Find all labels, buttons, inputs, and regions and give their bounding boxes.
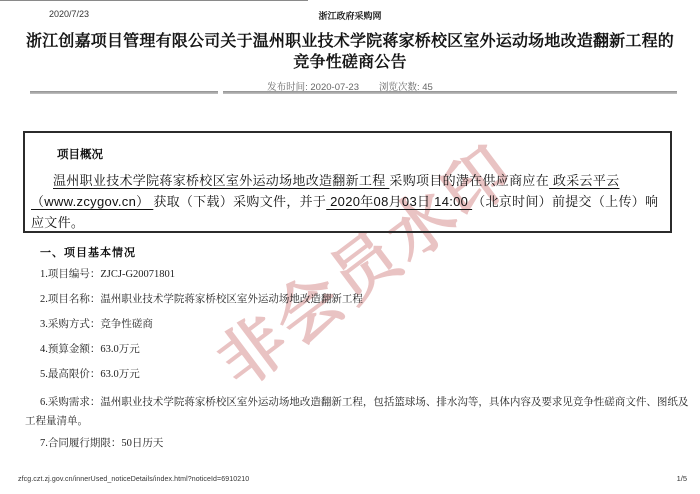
overview-heading: 项目概况	[57, 146, 664, 162]
platform-name-underlined: 政采云平云	[549, 173, 619, 188]
divider-left-segment	[30, 91, 218, 94]
project-overview-box: 项目概况 温州职业技术学院蒋家桥校区室外运动场地改造翻新工程 采购项目的潜在供应…	[23, 131, 672, 233]
section-heading-basic-info: 一、项目基本情况	[40, 244, 136, 260]
print-footer-url: zfcg.czt.zj.gov.cn/innerUsed_noticeDetai…	[18, 476, 249, 483]
list-item-procurement-method: 3.采购方式：竞争性磋商	[40, 318, 670, 331]
document-content: 2020/7/23 浙江政府采购网 浙江创嘉项目管理有限公司关于温州职业技术学院…	[0, 0, 700, 494]
print-header-site-name: 浙江政府采购网	[0, 9, 700, 22]
print-footer-page-number: 1/5	[677, 474, 687, 483]
announcement-title: 浙江创嘉项目管理有限公司关于温州职业技术学院蒋家桥校区室外运动场地改造翻新工程的…	[22, 31, 678, 73]
list-item-project-number: 1.项目编号：ZJCJ-G20071801	[40, 268, 670, 281]
platform-url-underlined: （www.zcygov.cn）	[31, 194, 153, 209]
overview-text-1: 采购项目的潜在供应商应在	[389, 173, 549, 188]
list-item-price-ceiling: 5.最高限价：63.0万元	[40, 368, 670, 381]
list-item-contract-period: 7.合同履行期限：50日历天	[40, 437, 670, 450]
list-item-budget: 4.预算金额：63.0万元	[40, 343, 670, 356]
print-preview-page: 非会员水印 2020/7/23 浙江政府采购网 浙江创嘉项目管理有限公司关于温州…	[0, 0, 700, 494]
project-name-underlined: 温州职业技术学院蒋家桥校区室外运动场地改造翻新工程	[53, 173, 389, 188]
list-item-requirements: 6.采购需求：温州职业技术学院蒋家桥校区室外运动场地改造翻新工程，包括篮球场、排…	[25, 393, 692, 431]
overview-paragraph: 温州职业技术学院蒋家桥校区室外运动场地改造翻新工程 采购项目的潜在供应商应在 政…	[31, 170, 664, 233]
top-edge-line	[0, 0, 308, 1]
header-divider	[30, 91, 677, 94]
deadline-underlined: 2020年08月03日 14:00	[326, 194, 472, 209]
basic-info-list: 1.项目编号：ZJCJ-G20071801 2.项目名称：温州职业技术学院蒋家桥…	[0, 268, 700, 462]
list-item-project-name: 2.项目名称：温州职业技术学院蒋家桥校区室外运动场地改造翻新工程	[40, 293, 670, 306]
divider-right-segment	[223, 91, 677, 94]
overview-text-2: 获取（下载）采购文件，并于	[153, 194, 326, 209]
